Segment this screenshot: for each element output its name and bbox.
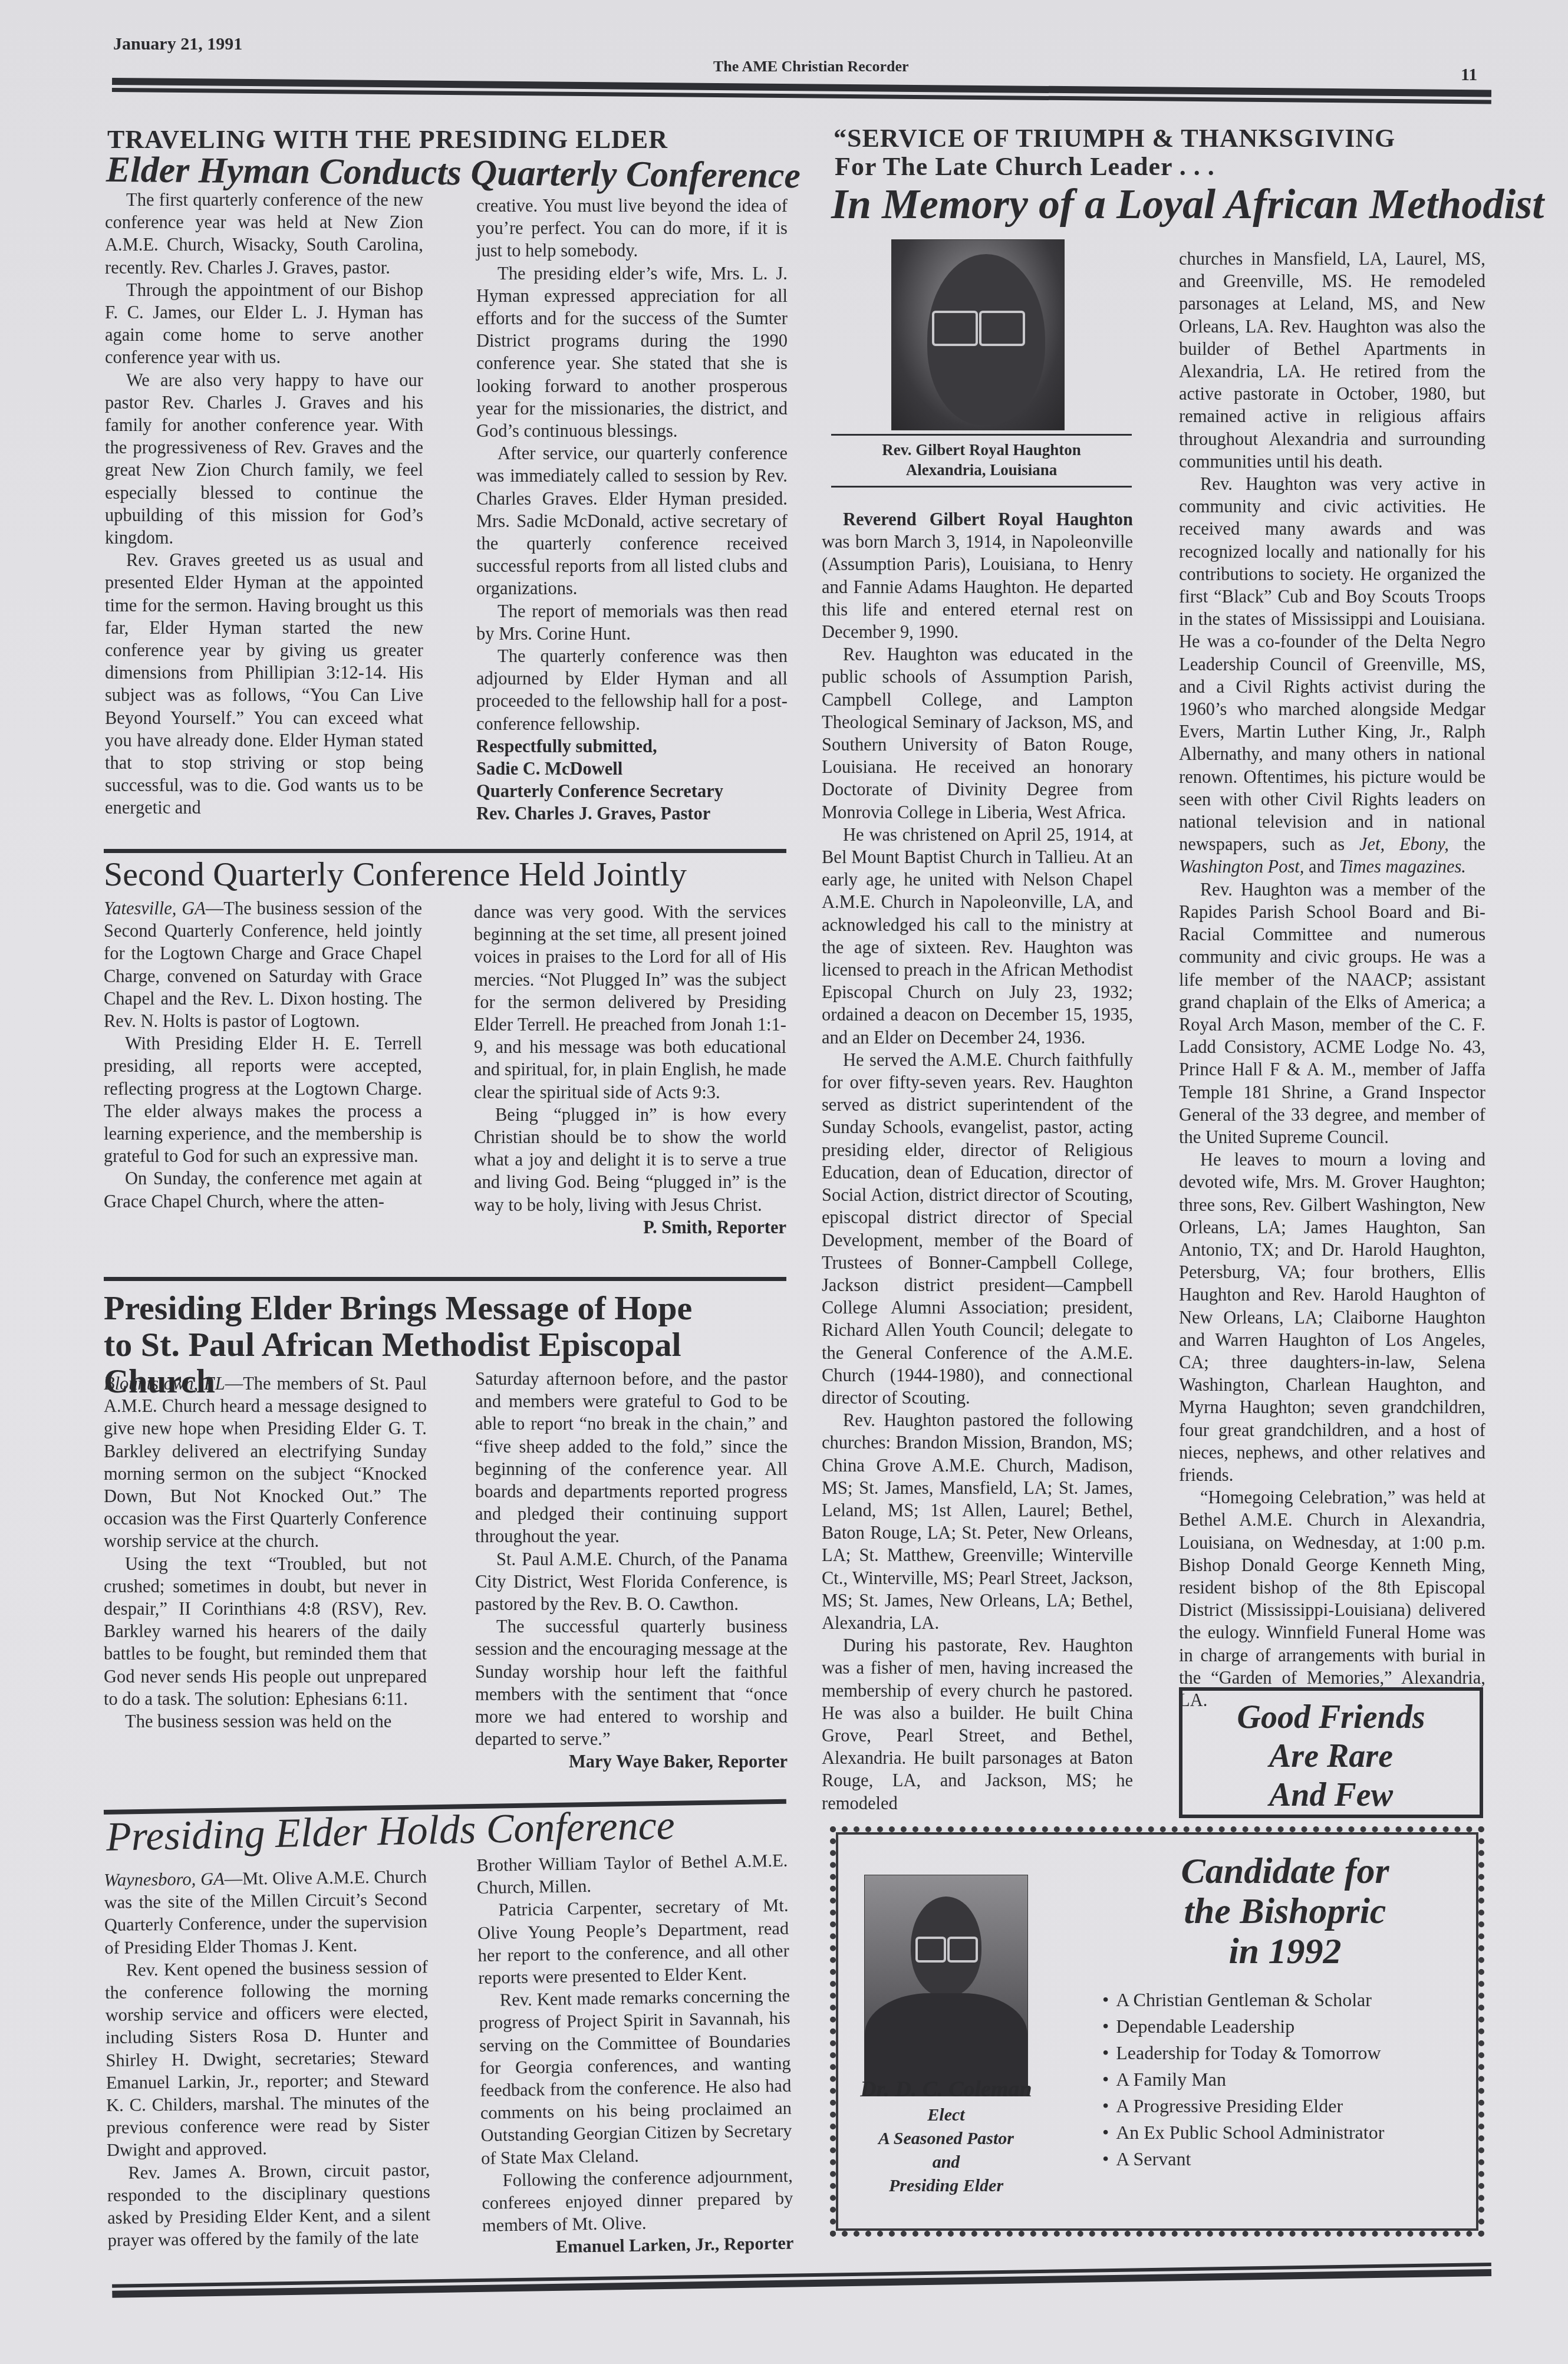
article2-col1: Yatesville, GA—The business session of t… bbox=[104, 897, 422, 1213]
title-line: Candidate for bbox=[1108, 1851, 1462, 1891]
newspaper-page: January 21, 1991 The AME Christian Recor… bbox=[0, 0, 1568, 2364]
dateline: Blountstown, FL bbox=[104, 1374, 225, 1394]
paragraph: Through the appointment of our Bishop F.… bbox=[105, 279, 423, 369]
article4-col1: Waynesboro, GA—Mt. Olive A.M.E. Church w… bbox=[104, 1865, 431, 2251]
section-rule bbox=[104, 849, 786, 853]
dateline: Waynesboro, GA bbox=[104, 1869, 225, 1890]
candidate-qualities-list: A Christian Gentleman & Scholar Dependab… bbox=[1102, 1987, 1468, 2172]
article3-byline: Mary Waye Baker, Reporter bbox=[475, 1750, 788, 1773]
paragraph: Rev. James A. Brown, circuit pastor, res… bbox=[107, 2158, 431, 2252]
headline-line: Presiding Elder Brings Message of Hope bbox=[104, 1290, 799, 1326]
candidate-name: Dr. D. C. Coleman bbox=[849, 2075, 1043, 2103]
box-line: Are Rare bbox=[1182, 1737, 1480, 1776]
paragraph: Patricia Carpenter, secretary of Mt. Oli… bbox=[477, 1894, 789, 1989]
section-rule bbox=[104, 1277, 786, 1281]
box-line: And Few bbox=[1182, 1776, 1480, 1815]
title-line: the Bishopric bbox=[1108, 1891, 1462, 1931]
paragraph: “Homegoing Celebration,” was held at Bet… bbox=[1179, 1486, 1485, 1711]
paragraph: St. Paul A.M.E. Church, of the Panama Ci… bbox=[475, 1548, 788, 1616]
paragraph: churches in Mansfield, LA, Laurel, MS, a… bbox=[1179, 248, 1485, 473]
paragraph: Rev. Kent made remarks concerning the pr… bbox=[479, 1984, 793, 2169]
caption-line: and bbox=[849, 2151, 1043, 2174]
magazine-title: Jet, Ebony, bbox=[1359, 834, 1449, 854]
caption-rule bbox=[831, 486, 1132, 488]
article2-byline: P. Smith, Reporter bbox=[474, 1216, 786, 1239]
signature-line: Sadie C. McDowell bbox=[476, 758, 788, 780]
box-line: Good Friends bbox=[1182, 1698, 1480, 1737]
memorial-col2: churches in Mansfield, LA, Laurel, MS, a… bbox=[1179, 248, 1485, 1711]
haughton-portrait bbox=[891, 239, 1065, 430]
paragraph: The report of memorials was then read by… bbox=[476, 600, 788, 645]
paragraph: Rev. Haughton was a member of the Rapide… bbox=[1179, 878, 1485, 1148]
paragraph: The quarterly conference was then adjour… bbox=[476, 645, 788, 735]
paragraph: The successful quarterly business sessio… bbox=[475, 1615, 788, 1750]
paragraph: He served the A.M.E. Church faithfully f… bbox=[822, 1049, 1133, 1409]
page-number: 11 bbox=[1461, 65, 1477, 85]
paragraph: After service, our quarterly conference … bbox=[476, 442, 788, 600]
paragraph: With Presiding Elder H. E. Terrell presi… bbox=[104, 1032, 422, 1167]
paragraph: Rev. Haughton pastored the following chu… bbox=[822, 1409, 1133, 1634]
signature-line: Respectfully submitted, bbox=[476, 735, 788, 758]
issue-date: January 21, 1991 bbox=[113, 34, 242, 54]
paragraph: Rev. Haughton was very active in communi… bbox=[1179, 473, 1485, 878]
quality-item: A Christian Gentleman & Scholar bbox=[1102, 1987, 1468, 2013]
paragraph: On Sunday, the conference met again at G… bbox=[104, 1167, 422, 1212]
article1-col1: The first quarterly conference of the ne… bbox=[105, 189, 423, 819]
paragraph: —The members of St. Paul A.M.E. Church h… bbox=[104, 1374, 427, 1551]
quality-item: A Family Man bbox=[1102, 2066, 1468, 2093]
paragraph: Rev. Kent opened the business session of… bbox=[105, 1955, 430, 2162]
caption-line: Alexandria, Louisiana bbox=[831, 460, 1132, 480]
paragraph: Saturday afternoon before, and the pasto… bbox=[475, 1368, 788, 1548]
header-rule bbox=[112, 78, 1491, 106]
article3-col1: Blountstown, FL—The members of St. Paul … bbox=[104, 1372, 427, 1733]
paragraph: Using the text “Troubled, but not crushe… bbox=[104, 1553, 427, 1710]
quality-item: A Servant bbox=[1102, 2146, 1468, 2172]
text: and bbox=[1304, 857, 1339, 877]
paragraph: was born March 3, 1914, in Napoleonville… bbox=[822, 532, 1133, 642]
paragraph: The first quarterly conference of the ne… bbox=[105, 189, 423, 279]
memorial-headline: In Memory of a Loyal African Methodist bbox=[831, 180, 1550, 228]
article2-col2: dance was very good. With the services b… bbox=[474, 901, 786, 1239]
article2-headline: Second Quarterly Conference Held Jointly bbox=[104, 855, 793, 894]
paragraph: We are also very happy to have our pasto… bbox=[105, 369, 423, 549]
paragraph: During his pastorate, Rev. Haughton was … bbox=[822, 1634, 1133, 1815]
paragraph: The business session was held on the bbox=[104, 1710, 427, 1733]
candidate-caption: Dr. D. C. Coleman Elect A Seasoned Pasto… bbox=[849, 2075, 1043, 2198]
good-friends-box: Good Friends Are Rare And Few bbox=[1179, 1687, 1483, 1818]
lead-name: Reverend Gilbert Royal Haughton bbox=[843, 509, 1133, 529]
portrait-caption: Rev. Gilbert Royal Haughton Alexandria, … bbox=[831, 440, 1132, 480]
article3-col2: Saturday afternoon before, and the pasto… bbox=[475, 1368, 788, 1773]
quality-item: A Progressive Presiding Elder bbox=[1102, 2093, 1468, 2119]
coleman-portrait bbox=[864, 1875, 1028, 2096]
candidate-title: Candidate for the Bishopric in 1992 bbox=[1108, 1851, 1462, 1971]
paragraph: He leaves to mourn a loving and devoted … bbox=[1179, 1148, 1485, 1486]
paragraph: creative. You must live beyond the idea … bbox=[476, 195, 788, 262]
quality-item: Leadership for Today & Tomorrow bbox=[1102, 2040, 1468, 2066]
paragraph: Following the conference adjournment, co… bbox=[481, 2164, 793, 2237]
signature-line: Quarterly Conference Secretary bbox=[476, 780, 788, 802]
quality-item: An Ex Public School Administrator bbox=[1102, 2119, 1468, 2146]
paragraph: Rev. Haughton was educated in the public… bbox=[822, 643, 1133, 824]
caption-line: Elect bbox=[849, 2103, 1043, 2127]
paragraph: The presiding elder’s wife, Mrs. L. J. H… bbox=[476, 262, 788, 443]
memorial-col1: Reverend Gilbert Royal Haughton was born… bbox=[822, 508, 1133, 1815]
paragraph: Rev. Graves greeted us as usual and pres… bbox=[105, 549, 423, 819]
signature-line: Rev. Charles J. Graves, Pastor bbox=[476, 802, 788, 825]
paragraph: Brother William Taylor of Bethel A.M.E. … bbox=[476, 1849, 788, 1899]
publication-name: The AME Christian Recorder bbox=[713, 58, 908, 75]
magazine-title: Times magazines. bbox=[1339, 857, 1466, 877]
text: the bbox=[1449, 834, 1485, 854]
memorial-kicker-line2: For The Late Church Leader . . . bbox=[835, 152, 1542, 182]
caption-line: A Seasoned Pastor bbox=[849, 2127, 1043, 2151]
footer-rule bbox=[112, 2263, 1491, 2301]
caption-line: Presiding Elder bbox=[849, 2174, 1043, 2198]
newspaper-title: Washington Post, bbox=[1179, 857, 1304, 877]
caption-rule bbox=[831, 434, 1132, 436]
article4-col2: Brother William Taylor of Bethel A.M.E. … bbox=[476, 1849, 794, 2260]
paragraph: He was christened on April 25, 1914, at … bbox=[822, 824, 1133, 1049]
memorial-kicker-line1: “SERVICE OF TRIUMPH & THANKSGIVING bbox=[834, 124, 1541, 153]
text: Rev. Haughton was very active in communi… bbox=[1179, 474, 1485, 854]
paragraph: Being “plugged in” is how every Christia… bbox=[474, 1104, 786, 1216]
article1-col2: creative. You must live beyond the idea … bbox=[476, 195, 788, 825]
paragraph: dance was very good. With the services b… bbox=[474, 901, 786, 1104]
caption-line: Rev. Gilbert Royal Haughton bbox=[831, 440, 1132, 460]
title-line: in 1992 bbox=[1108, 1931, 1462, 1971]
dateline: Yatesville, GA bbox=[104, 898, 206, 918]
quality-item: Dependable Leadership bbox=[1102, 2013, 1468, 2040]
